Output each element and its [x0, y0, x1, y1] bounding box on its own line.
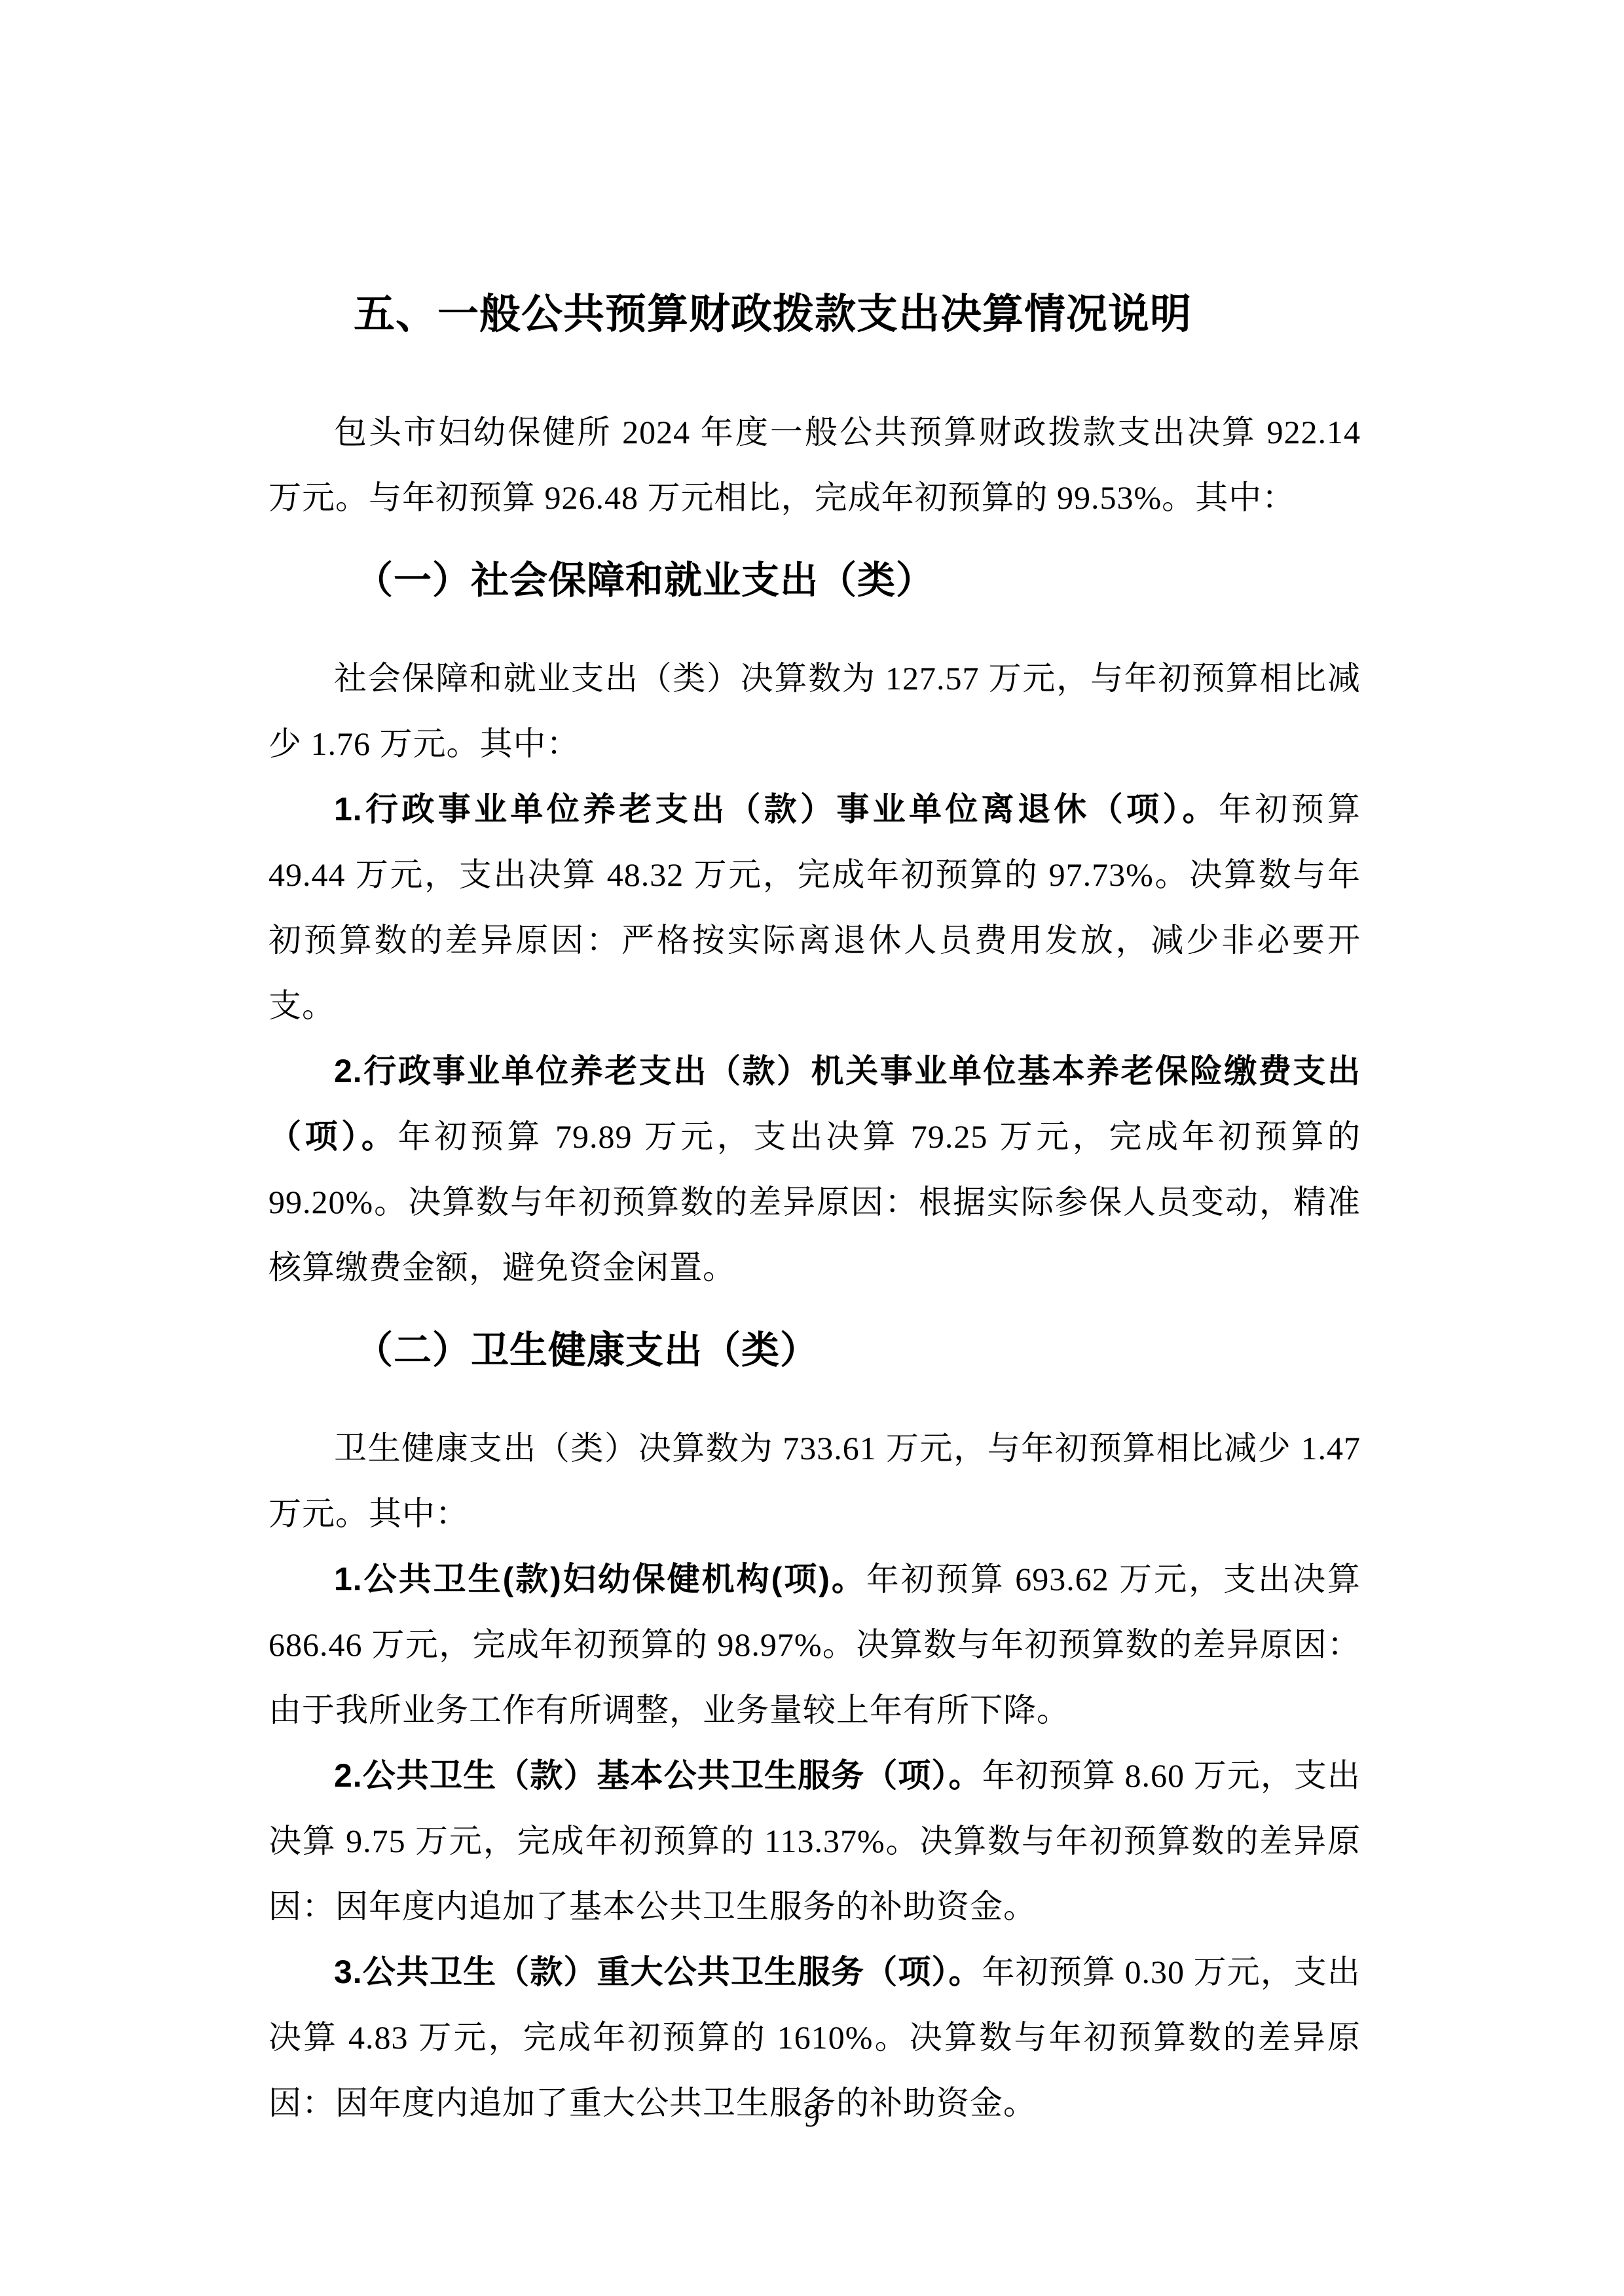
intro-paragraph: 包头市妇幼保健所 2024 年度一般公共预算财政拨款支出决算 922.14 万元… — [268, 399, 1361, 530]
document-page: 五、一般公共预算财政拨款支出决算情况说明 包头市妇幼保健所 2024 年度一般公… — [0, 0, 1624, 2296]
section-1-lead-paragraph: 社会保障和就业支出（类）决算数为 127.57 万元，与年初预算相比减少 1.7… — [268, 646, 1361, 776]
section-1-heading: （一）社会保障和就业支出（类） — [268, 556, 1361, 605]
section-2-item-1: 1.公共卫生(款)妇幼保健机构(项)。年初预算 693.62 万元，支出决算 6… — [268, 1546, 1361, 1743]
section-2-lead-paragraph: 卫生健康支出（类）决算数为 733.61 万元，与年初预算相比减少 1.47 万… — [268, 1415, 1361, 1546]
section-2-item-2-title: 2.公共卫生（款）基本公共卫生服务（项）。 — [334, 1757, 982, 1794]
section-2-item-3-title: 3.公共卫生（款）重大公共卫生服务（项）。 — [334, 1954, 982, 1990]
page-title: 五、一般公共预算财政拨款支出决算情况说明 — [268, 288, 1361, 340]
section-2-item-1-title: 1.公共卫生(款)妇幼保健机构(项)。 — [334, 1561, 866, 1597]
section-2-heading: （二）卫生健康支出（类） — [268, 1326, 1361, 1375]
section-1-item-2: 2.行政事业单位养老支出（款）机关事业单位基本养老保险缴费支出（项）。年初预算 … — [268, 1038, 1361, 1300]
document-content: 五、一般公共预算财政拨款支出决算情况说明 包头市妇幼保健所 2024 年度一般公… — [268, 288, 1361, 2136]
section-1-item-1-title: 1.行政事业单位养老支出（款）事业单位离退休（项）。 — [334, 791, 1219, 828]
page-number: 9 — [0, 2098, 1624, 2134]
section-1-item-2-body: 年初预算 79.89 万元，支出决算 79.25 万元，完成年初预算的 99.2… — [268, 1118, 1361, 1286]
section-1-item-1: 1.行政事业单位养老支出（款）事业单位离退休（项）。年初预算 49.44 万元，… — [268, 776, 1361, 1038]
section-2-item-2: 2.公共卫生（款）基本公共卫生服务（项）。年初预算 8.60 万元，支出决算 9… — [268, 1743, 1361, 1939]
